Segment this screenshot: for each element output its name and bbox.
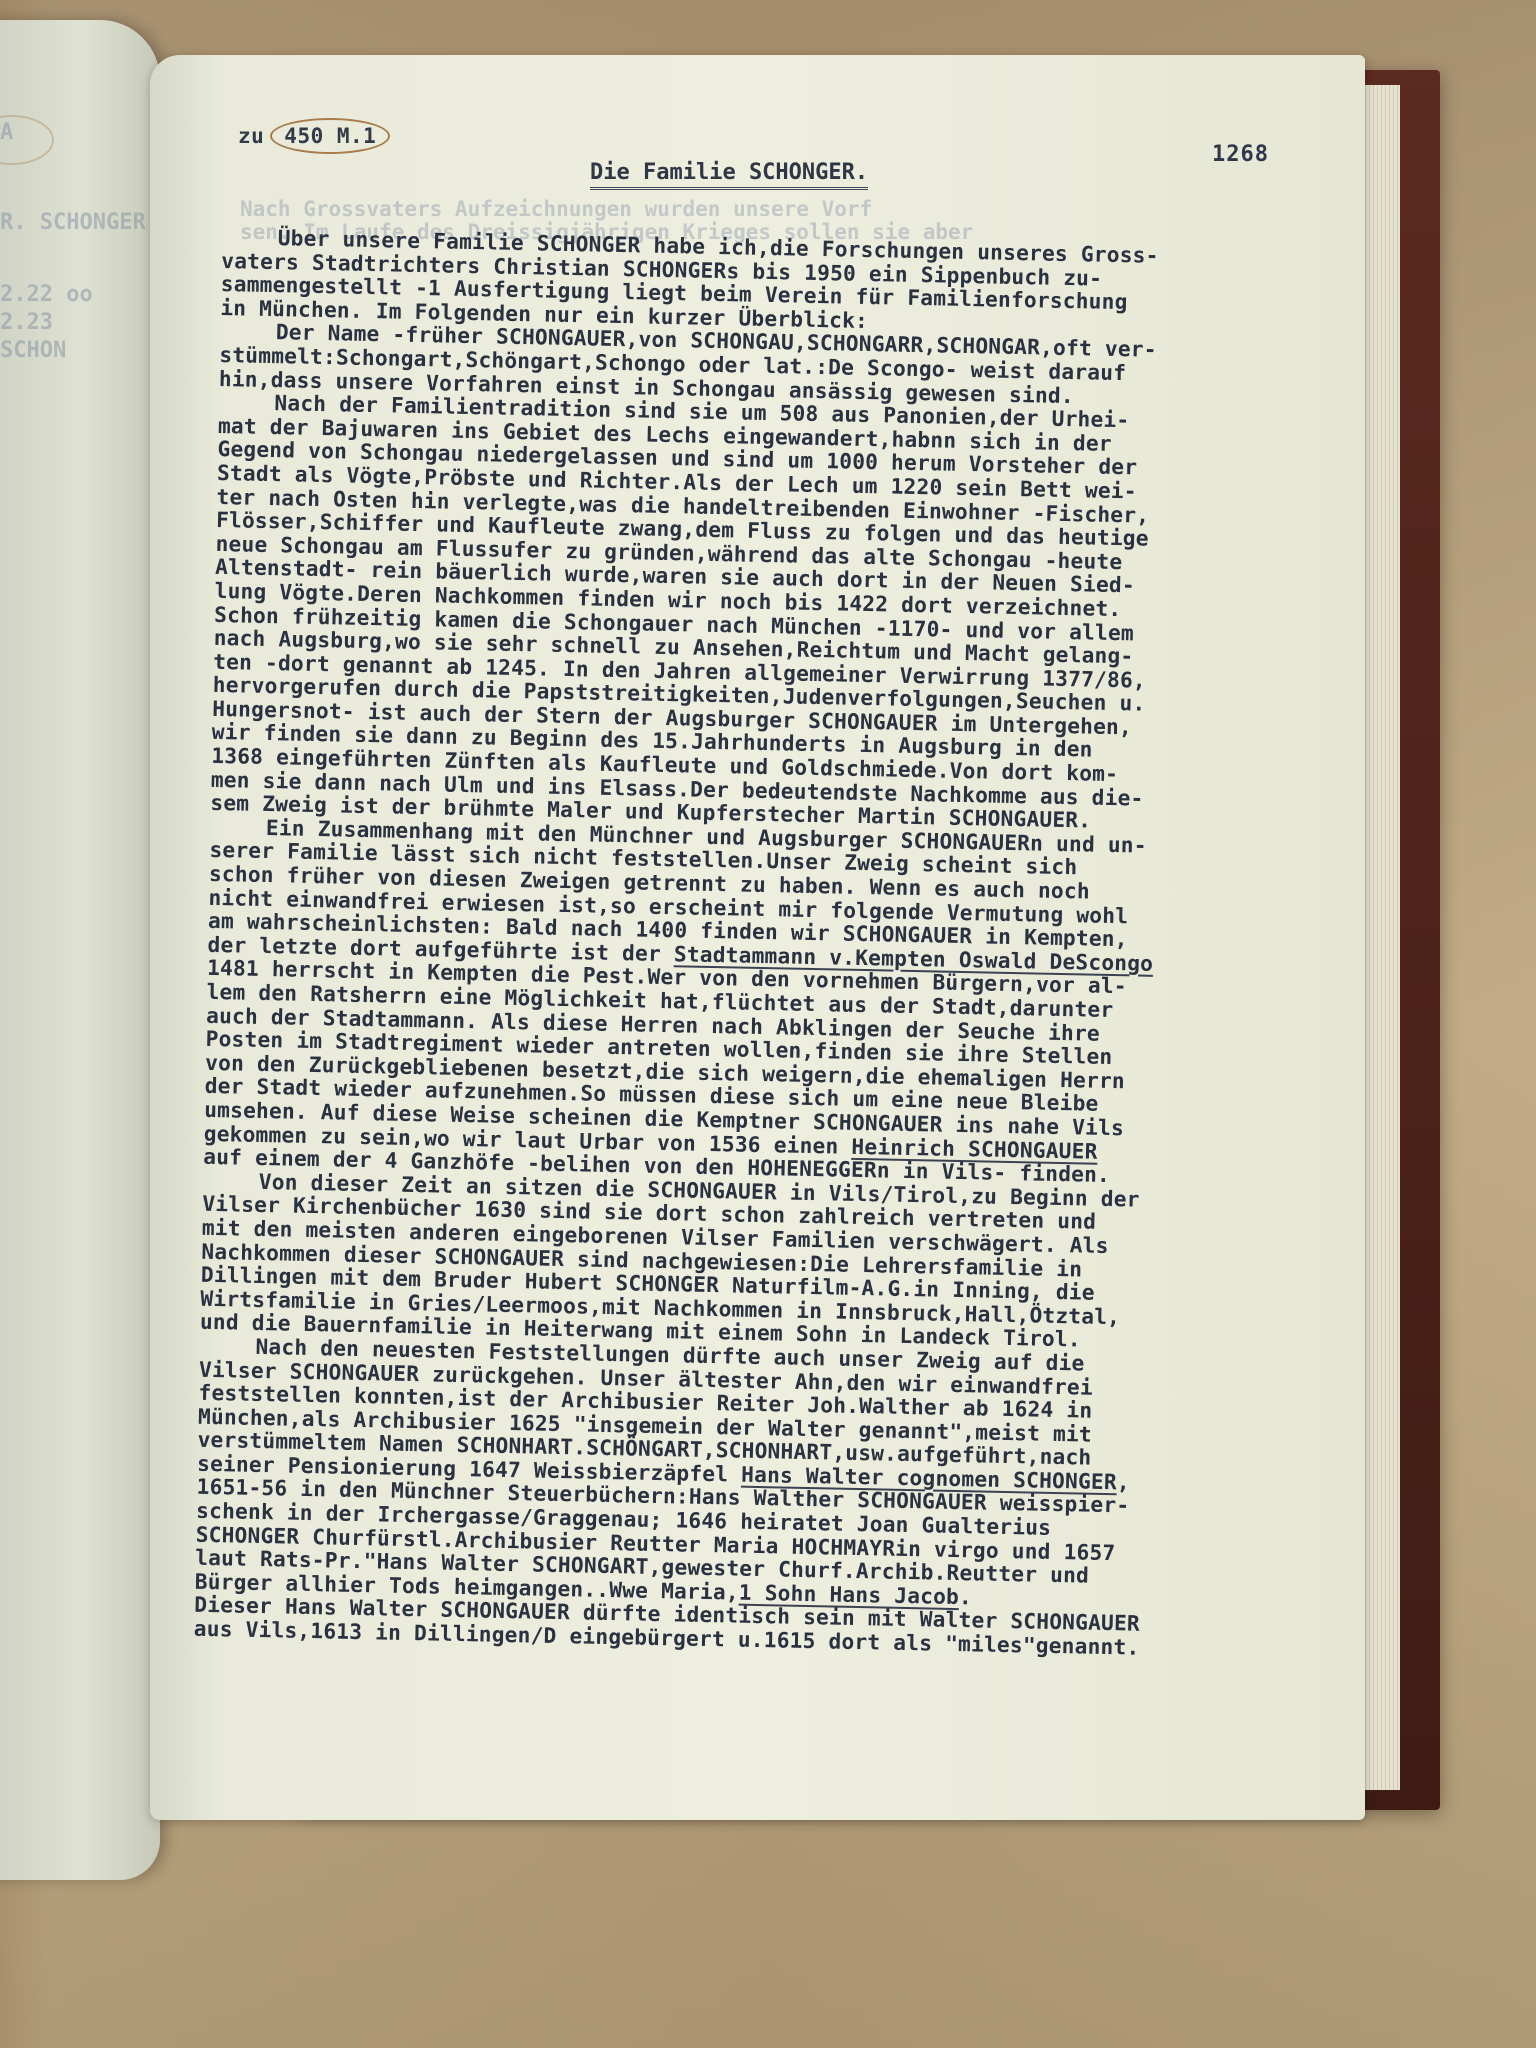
page-title: Die Familie SCHONGER. xyxy=(590,160,868,190)
left-page-ghost-text: 2.23 xyxy=(0,310,53,335)
page-number: 1268 xyxy=(1212,142,1269,167)
typewritten-body: Über unsere Familie SCHONGER habe ich,di… xyxy=(194,225,1342,1663)
reference-prefix: zu xyxy=(238,124,264,148)
left-page-ghost-text: A xyxy=(0,120,13,145)
left-page-ghost-text: 2.22 oo xyxy=(0,282,93,307)
left-page-ghost-text: R. SCHONGER xyxy=(0,210,146,235)
circled-reference-number: 450 M.1 xyxy=(270,118,390,154)
bleed-line: Nach Grossvaters Aufzeichnungen wurden u… xyxy=(240,198,1240,221)
document-reference: zu450 M.1 xyxy=(238,118,390,154)
left-page: A R. SCHONGER 2.22 oo 2.23 SCHON xyxy=(0,20,160,1880)
left-page-ghost-text: SCHON xyxy=(0,338,66,363)
